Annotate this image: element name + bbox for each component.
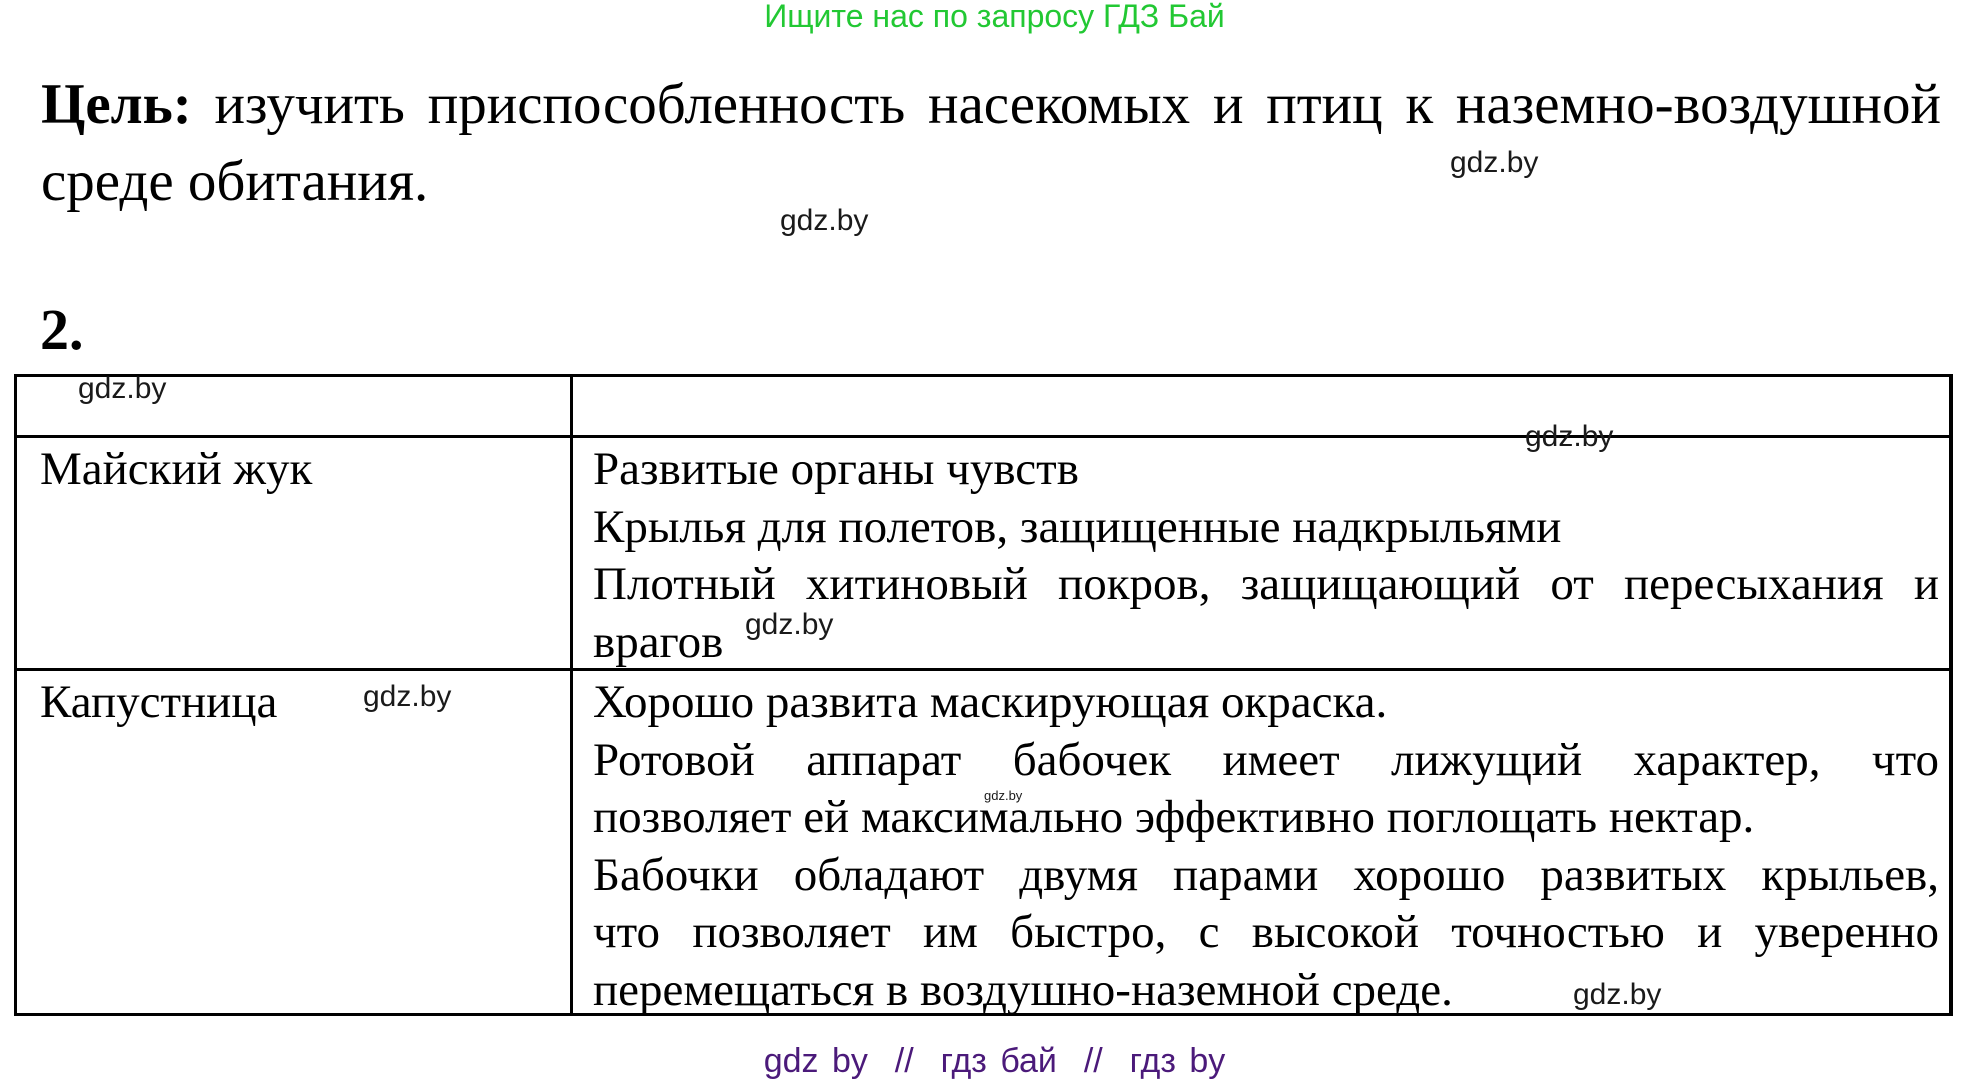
task-number: 2. (40, 296, 84, 363)
description-line: Бабочки обладают двумя парами хорошо раз… (593, 847, 1939, 905)
table-row-divider (14, 435, 1953, 438)
goal-text: изучить приспособленность насекомых и пт… (41, 73, 1941, 213)
table-border-right (1949, 374, 1953, 1016)
goal-paragraph: Цель: изучить приспособленность насекомы… (41, 66, 1941, 220)
table-row-name: Капустница (40, 674, 277, 732)
table-row-name: Майский жук (40, 441, 312, 499)
table-column-divider (570, 374, 573, 1016)
description-line: что позволяет им быстро, с высокой точно… (593, 904, 1939, 962)
description-line: Хорошо развита маскирующая окраска. (593, 674, 1939, 732)
description-line: Ротовой аппарат бабочек имеет лижущий ха… (593, 732, 1939, 790)
table-border-left (14, 374, 17, 1016)
description-line: позволяет ей максимально эффективно погл… (593, 789, 1939, 847)
table-border-top (14, 374, 1953, 377)
search-banner: Ищите нас по запросу ГДЗ Бай (0, 0, 1971, 35)
description-line: Крылья для полетов, защищенные надкрылья… (593, 499, 1939, 557)
footer-links: gdz by // гдз бай // гдз by (0, 1042, 1971, 1081)
goal-label: Цель: (41, 73, 192, 136)
watermark: gdz.by (1525, 420, 1613, 454)
watermark: gdz.by (745, 608, 833, 642)
watermark: gdz.by (1450, 146, 1538, 180)
table-row-description: Хорошо развита маскирующая окраска. Рото… (593, 674, 1939, 1019)
watermark: gdz.by (78, 372, 166, 406)
watermark: gdz.by (780, 204, 868, 238)
description-line: перемещаться в воздушно-наземной среде. (593, 962, 1939, 1020)
description-line: Развитые органы чувств (593, 441, 1939, 499)
watermark: gdz.by (363, 680, 451, 714)
description-line: Плотный хитиновый покров, защищающий от … (593, 556, 1939, 614)
watermark: gdz.by (984, 788, 1022, 803)
watermark: gdz.by (1573, 978, 1661, 1012)
